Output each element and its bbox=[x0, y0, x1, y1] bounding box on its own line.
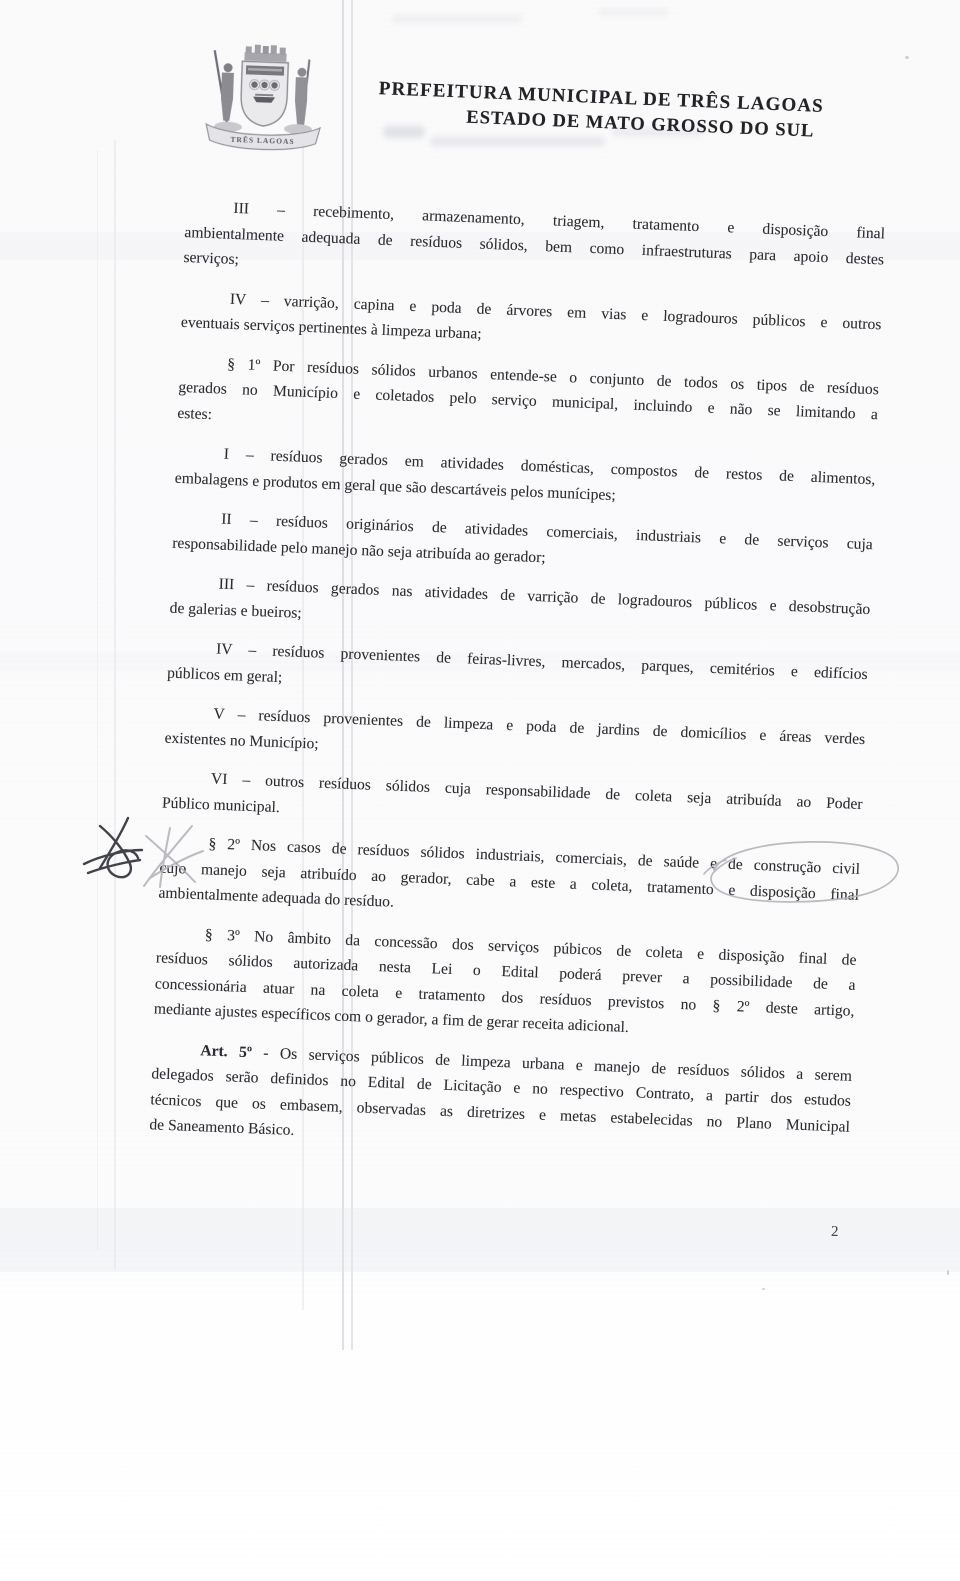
paragraph: § 1º Por resíduos sólidos urbanos entend… bbox=[177, 349, 879, 453]
paragraph: IV – varrição, capina e poda de árvores … bbox=[180, 284, 881, 362]
scan-speck bbox=[947, 1270, 949, 1275]
scanned-document-page: TRÊS LAGOAS PREFEITURA MUNICIPAL DE TRÊS… bbox=[0, 0, 960, 1581]
paragraph: IV – resíduos provenientes de feiras-liv… bbox=[167, 635, 868, 713]
crown-icon bbox=[244, 44, 287, 61]
scan-streak bbox=[97, 150, 98, 1250]
paragraph: V – resíduos provenientes de limpeza e p… bbox=[164, 700, 865, 778]
left-supporter-figure bbox=[212, 50, 235, 125]
paragraph: VI – outros resíduos sólidos cuja respon… bbox=[162, 765, 863, 843]
scan-speck bbox=[905, 56, 909, 59]
scan-band bbox=[0, 1208, 960, 1272]
letterhead: PREFEITURA MUNICIPAL DE TRÊS LAGOAS ESTA… bbox=[350, 76, 852, 146]
paragraph: § 2º Nos casos de resíduos sólidos indus… bbox=[158, 830, 860, 934]
coat-of-arms-graphic: TRÊS LAGOAS bbox=[195, 42, 333, 159]
right-supporter-figure bbox=[294, 59, 309, 125]
document-body: III – recebimento, armazenamento, triage… bbox=[148, 194, 885, 1179]
scan-smudge bbox=[392, 16, 522, 22]
ink-scribble-initials bbox=[84, 818, 142, 877]
paragraph: III – resíduos gerados nas atividades de… bbox=[169, 570, 870, 648]
paragraph: III – recebimento, armazenamento, triage… bbox=[183, 194, 885, 298]
municipal-coat-of-arms: TRÊS LAGOAS bbox=[195, 42, 333, 159]
scan-smudge bbox=[430, 137, 605, 146]
paragraph: II – resíduos originários de atividades … bbox=[172, 505, 873, 583]
shield-icon bbox=[240, 61, 288, 127]
scan-speck bbox=[762, 1288, 765, 1290]
scan-streak bbox=[114, 140, 116, 1270]
article-number: Art. 5º - bbox=[200, 1042, 280, 1062]
paragraph: Art. 5º - Os serviços públicos de limpez… bbox=[149, 1036, 852, 1165]
paragraph: § 3º No âmbito da concessão dos serviços… bbox=[153, 920, 856, 1049]
paragraph: I – resíduos gerados em atividades domés… bbox=[174, 440, 875, 518]
page-number: 2 bbox=[831, 1224, 839, 1241]
scan-smudge bbox=[598, 9, 668, 15]
